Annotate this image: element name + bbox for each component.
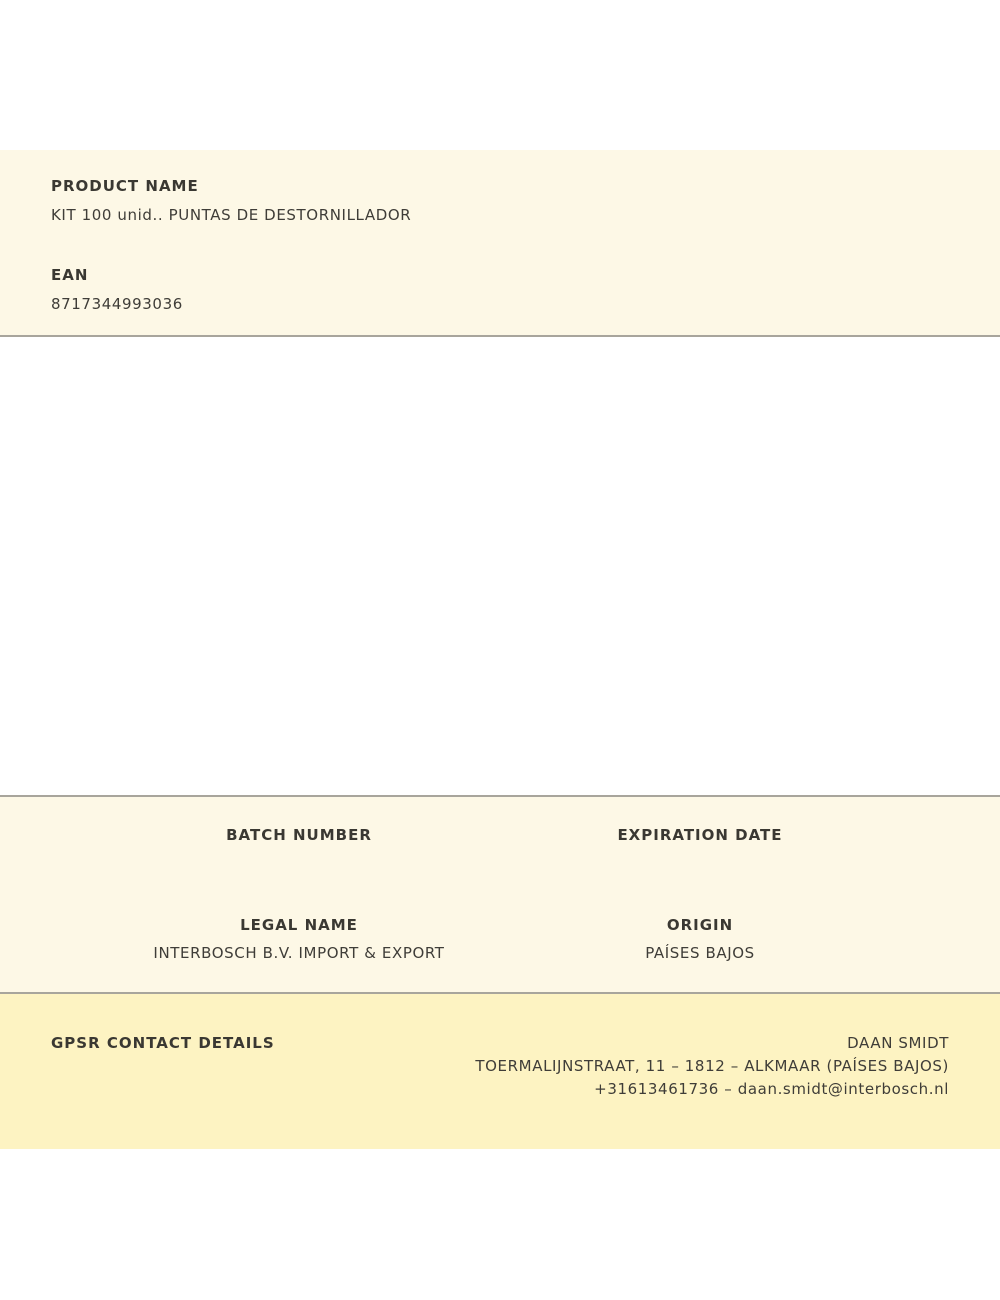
product-name-value: KIT 100 unid.. PUNTAS DE DESTORNILLADOR: [51, 206, 411, 224]
product-section: PRODUCT NAME KIT 100 unid.. PUNTAS DE DE…: [0, 150, 1000, 337]
expiration-date-cell: EXPIRATION DATE: [500, 825, 900, 854]
product-name-label: PRODUCT NAME: [51, 177, 199, 195]
ean-label: EAN: [51, 266, 88, 284]
origin-label: ORIGIN: [667, 916, 733, 934]
gpsr-contact-label: GPSR CONTACT DETAILS: [51, 1034, 275, 1052]
origin-value: PAÍSES BAJOS: [500, 944, 900, 962]
batch-number-cell: BATCH NUMBER: [99, 825, 499, 854]
expiration-date-label: EXPIRATION DATE: [617, 826, 782, 844]
batch-number-label: BATCH NUMBER: [226, 826, 372, 844]
gpsr-section: GPSR CONTACT DETAILS DAAN SMIDT TOERMALI…: [0, 994, 1000, 1149]
legal-name-cell: LEGAL NAME INTERBOSCH B.V. IMPORT & EXPO…: [99, 915, 499, 962]
gpsr-contact-details: DAAN SMIDT TOERMALIJNSTRAAT, 11 – 1812 –…: [475, 1034, 949, 1103]
ean-value: 8717344993036: [51, 295, 183, 313]
origin-cell: ORIGIN PAÍSES BAJOS: [500, 915, 900, 962]
legal-name-label: LEGAL NAME: [240, 916, 358, 934]
details-section: BATCH NUMBER EXPIRATION DATE LEGAL NAME …: [0, 795, 1000, 994]
legal-name-value: INTERBOSCH B.V. IMPORT & EXPORT: [99, 944, 499, 962]
